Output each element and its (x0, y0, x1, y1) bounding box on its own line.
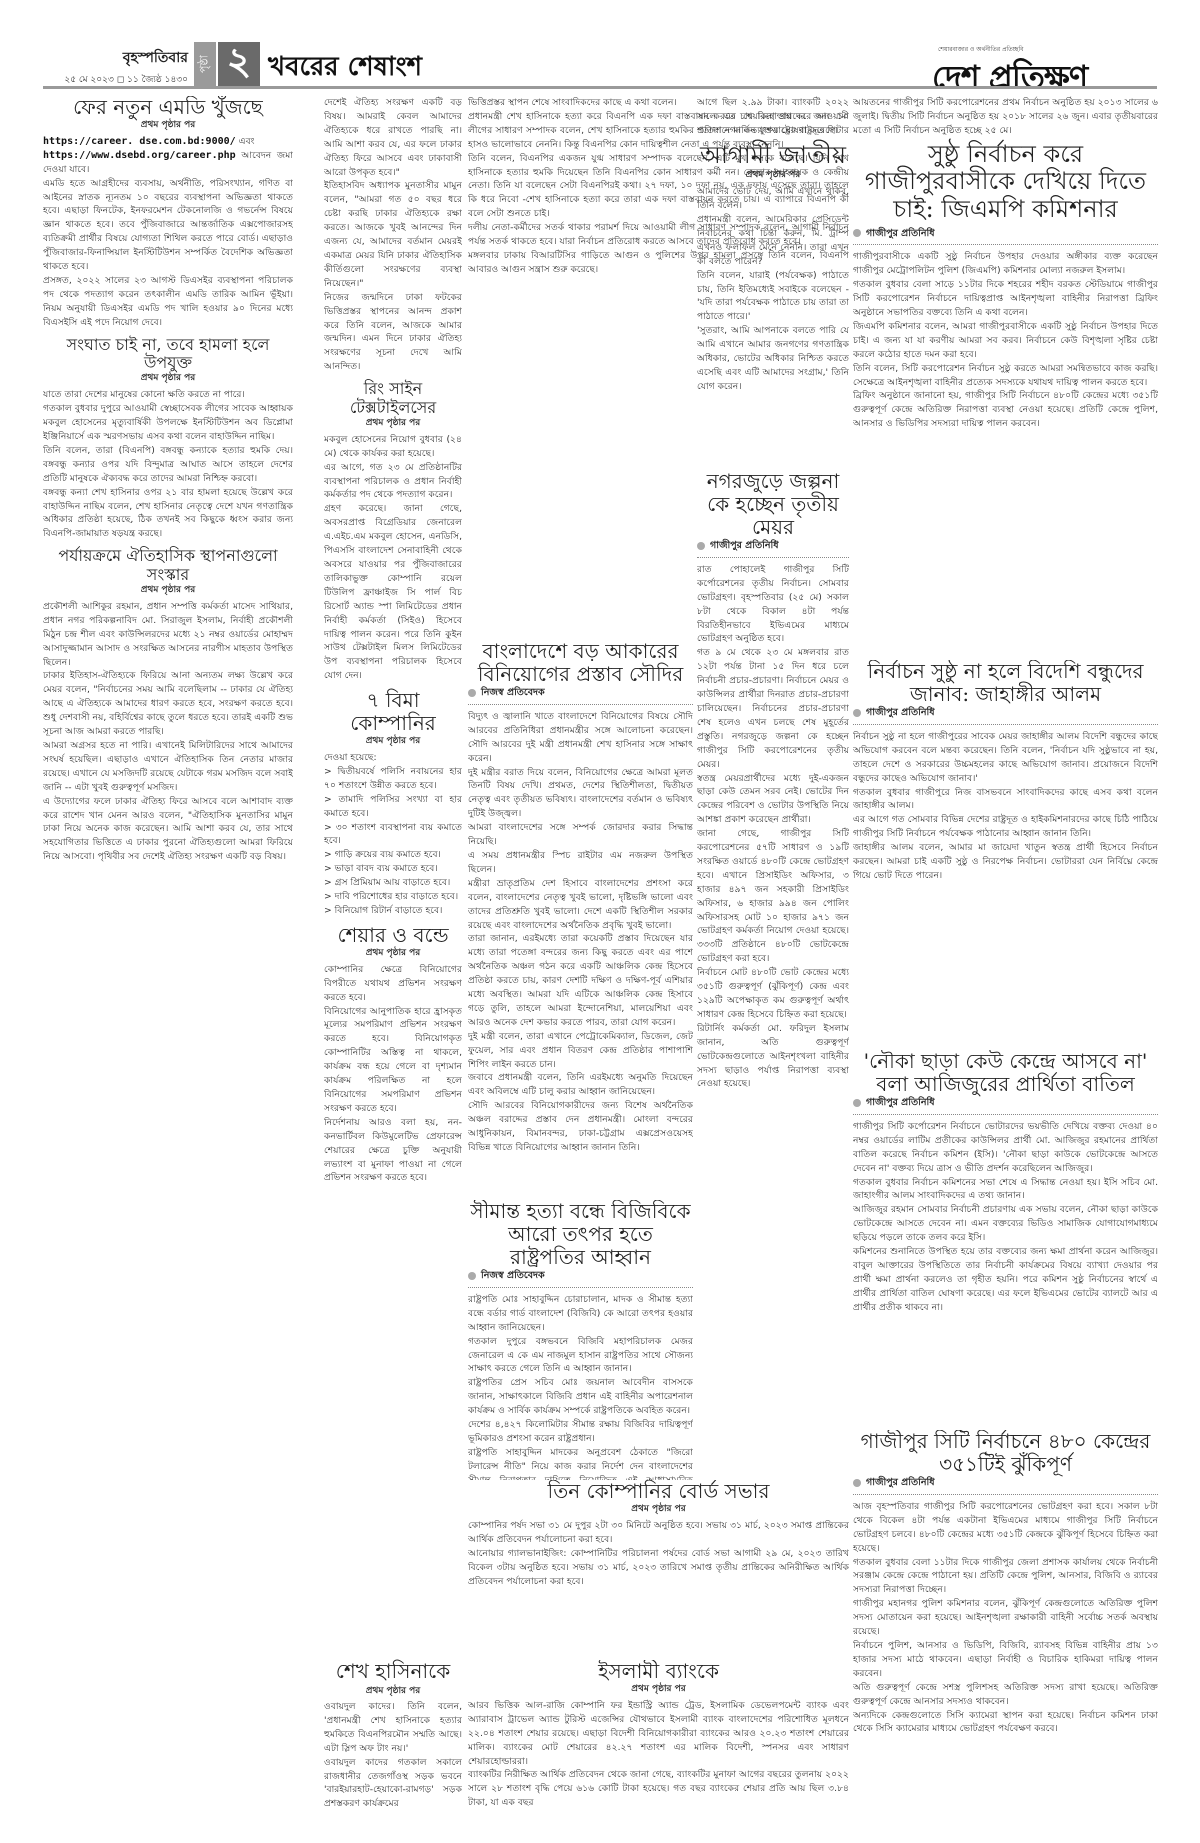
continuation-label: প্রথম পৃষ্ঠার পর (43, 584, 293, 598)
headline: বাংলাদেশে বড় আকারের বিনিয়োগের প্রস্তাব… (468, 640, 693, 686)
bullet-icon (853, 1099, 861, 1107)
article-board: তিন কোম্পানির বোর্ড সভার প্রথম পৃষ্ঠার প… (468, 1480, 849, 1680)
byline: গাজীপুর প্রতিনিধি (697, 539, 849, 558)
paragraph: সৌদি আরবের বিনিয়োগকারীদের জন্য বিশেষ অর… (468, 1099, 693, 1155)
paragraph: মন্ত্রীরা ভ্রাতৃপ্রতিম দেশ হিসাবে বাংলাদ… (468, 877, 693, 933)
byline: গাজীপুর প্রতিনিধি (853, 1096, 1158, 1115)
byline: গাজীপুর প্রতিনিধি (853, 1476, 1158, 1495)
paragraph: গতকাল বুধবার বেলা ১১টার দিকে গাজীপুর জেল… (853, 1556, 1158, 1598)
headline: সুষ্ঠু নির্বাচন করে গাজীপুরবাসীকে দেখিয়… (853, 141, 1158, 224)
paragraph: গ্রহণ করেছে। জানা গেছে, অবসরপ্রাপ্ত বিগ্… (324, 502, 462, 683)
paragraph: প্রধানমন্ত্রী বলেন, আমেরিকার প্রেসিডেন্ট… (697, 213, 849, 269)
article-bgb: সীমান্ত হত্যা বন্ধে বিজিবিকে আরো তৎপর হত… (468, 1200, 693, 1480)
publication-day: বৃহস্পতিবার (64, 46, 188, 70)
headline: গাজীপুর সিটি নির্বাচনে ৪৮০ কেন্দ্রের ৩৫১… (853, 1430, 1158, 1476)
paragraph: মকবুল হোসেনের নিয়োগ বুধবার (২৪ মে) থেকে… (324, 433, 462, 461)
article-risky: গাজীপুর সিটি নির্বাচনে ৪৮০ কেন্দ্রের ৩৫১… (853, 1430, 1158, 1843)
paragraph: আমরা বাংলাদেশের সঙ্গে সম্পর্ক জোরদার করা… (468, 821, 693, 849)
paragraph: তারা জানান, এরইমধ্যে তারা কয়েকটি প্রস্ত… (468, 932, 693, 1029)
paragraph: আজ বৃহস্পতিবার গাজীপুর সিটি করপোরেশনের ভ… (853, 1500, 1158, 1556)
paragraph: নির্দেশনায় আরও বলা হয়, নন-কনভার্টিবল ক… (324, 1116, 462, 1186)
paragraph: এ উদ্যোগের ফলে ঢাকার ঐতিহ্য ফিরে আসবে বল… (43, 795, 293, 865)
text: এবং (239, 136, 255, 147)
continuation-label: প্রথম পৃষ্ঠার পর (324, 735, 462, 749)
headline: নগরজুড়ে জল্পনা কে হচ্ছেন তৃতীয় মেয়র (697, 470, 849, 539)
byline-text: গাজীপুর প্রতিনিধি (866, 1476, 935, 1490)
paragraph: গাজীপুরবাসীকে একটি সুষ্ঠু নির্বাচন উপহার… (853, 250, 1158, 278)
paragraph: 'সুতরাং, আমি আপনাকে বলতে পারি যে আমি এখা… (697, 324, 849, 394)
list-item: > তামাদি পলিসির সংখ্যা বা হার কমাতে হবে। (324, 793, 462, 821)
paragraph: আমাদের ভোট দেয়, আমি এখানে থাকব, তিনি বল… (697, 185, 849, 213)
continuation-label: প্রথম পৃষ্ঠার পর (43, 372, 293, 386)
article-heritage: পর্যায়ক্রমে ঐতিহাসিক স্থাপনাগুলো সংস্কা… (43, 547, 293, 864)
paragraph: এর আগে, গত ২৩ মে প্রতিষ্ঠানটির ব্যবস্থাপ… (324, 461, 462, 503)
paragraph: যাতে তারা দেশের মানুষের কোনো ক্ষতি করতে … (43, 388, 293, 402)
continuation-label: প্রথম পৃষ্ঠার পর (468, 1503, 849, 1517)
header-rule (43, 86, 1157, 89)
masthead: বৃহস্পতিবার ২৫ মে ২০২৩ ◻ ১১ জ্যৈষ্ঠ ১৪৩০… (0, 0, 1200, 86)
paragraph: তিনি বলেন, তারা (বিএনপি) বঙ্গবন্ধু কন্যা… (43, 444, 293, 486)
paragraph: জিএমপি কমিশনার বলেন, আমরা গাজীপুরবাসীকে … (853, 320, 1158, 362)
paragraph: গতকাল বুধবার বেলা সাড়ে ১১টার দিকে শহরের… (853, 278, 1158, 320)
paragraph: গতকাল দুপুরে বঙ্গভবনে বিজিবি মহাপরিচালক … (468, 1335, 693, 1377)
paragraph: কোম্পানির ক্ষেত্রে বিনিয়োগের বিপরীতে যথ… (324, 963, 462, 1005)
bullet-icon (853, 229, 861, 237)
paragraph: ব্রিফিং অনুষ্ঠানে জানানো হয়, গাজীপুর সি… (853, 389, 1158, 426)
headline: নির্বাচন সুষ্ঠু না হলে বিদেশি বন্ধুদের জ… (853, 660, 1158, 706)
article-jahangir: নির্বাচন সুষ্ঠু না হলে বিদেশি বন্ধুদের জ… (853, 660, 1158, 1050)
bullet-icon (853, 709, 861, 717)
list-item: > দ্বিতীয়বর্ষে পলিসি নবায়নের হার ৭০ শত… (324, 765, 462, 793)
headline: রিং সাইন টেক্সটাইলসের (324, 380, 462, 417)
headline: সীমান্ত হত্যা বন্ধে বিজিবিকে আরো তৎপর হত… (468, 1200, 693, 1269)
byline-text: গাজীপুর প্রতিনিধি (866, 706, 935, 720)
paragraph: কোম্পানির পর্ষদ সভা ৩১ মে দুপুর ২টা ৩০ ম… (468, 1519, 849, 1547)
article-md: ফের নতুন এমডি খুঁজছে প্রথম পৃষ্ঠার পর ht… (43, 96, 293, 330)
headline: শেখ হাসিনাকে (324, 1660, 462, 1683)
paragraph: গাজীপুর মহানগর পুলিশ কমিশনার বলেন, ঝুঁকি… (853, 1597, 1158, 1639)
page-label: পৃষ্ঠা (194, 42, 216, 86)
list-item: > বিনিয়োগ রিটার্ন বাড়াতে হবে। (324, 904, 462, 918)
paragraph: নির্বাচন সুষ্ঠু না হলে গাজীপুরের সাবেক ম… (853, 730, 1158, 786)
paragraph: তিনি বলেন, যারাই (পর্যবেক্ষক) পাঠাতে চায… (697, 269, 849, 325)
paragraph: অতি গুরুত্বপূর্ণ কেন্দ্রে সশস্ত্র পুলিশস… (853, 1681, 1158, 1709)
paragraph: রিটার্নিং কর্মকর্তা মো. ফরিদুল ইসলাম জান… (697, 1022, 849, 1092)
paragraph: রাষ্ট্রপতির প্রেস সচিব মোঃ জয়নাল আবেদীন… (468, 1376, 693, 1418)
paragraph: এর আগে গত সোমবার বিভিন্ন দেশের রাষ্ট্রদূ… (853, 813, 1158, 841)
paragraph: গতকাল বুধবার গাজীপুরে নিজ বাসভবনে সাংবাদ… (853, 786, 1158, 814)
paragraph: ঢাকার ইতিহাস-ঐতিহ্যকে ফিরিয়ে আনা অন্যতম… (43, 669, 293, 739)
paragraph: ওবায়দুল কাদের। তিনি বলেন, 'প্রধানমন্ত্র… (324, 1700, 462, 1756)
list-item: > গাড়ি ক্রয়ের ব্যয় কমাতে হবে। (324, 848, 462, 862)
byline-text: গাজীপুর প্রতিনিধি (710, 539, 779, 553)
paragraph: প্রকৌশলী আশিকুর রহমান, প্রধান সম্পত্তি ক… (43, 600, 293, 670)
headline: শেয়ার ও বন্ডে (324, 924, 462, 947)
continuation-label: প্রথম পৃষ্ঠার পর (324, 417, 462, 431)
date-block: বৃহস্পতিবার ২৫ মে ২০২৩ ◻ ১১ জ্যৈষ্ঠ ১৪৩০ (64, 46, 188, 87)
headline: পর্যায়ক্রমে ঐতিহাসিক স্থাপনাগুলো সংস্কা… (43, 547, 293, 584)
headline: ফের নতুন এমডি খুঁজছে (43, 96, 293, 119)
paragraph: নির্বাচনে মোট ৪৮০টি ভোট কেন্দ্রের মধ্যে … (697, 966, 849, 1022)
section-title: খবরের শেষাংশ (268, 46, 422, 90)
byline: নিজস্ব প্রতিবেদক (468, 1269, 693, 1288)
list-item: > ৩০ শতাংশ ব্যবস্থাপনা ব্যয় কমাতে হবে। (324, 821, 462, 849)
article-mayor: নগরজুড়ে জল্পনা কে হচ্ছেন তৃতীয় মেয়র গ… (697, 470, 849, 1480)
byline: গাজীপুর প্রতিনিধি (853, 706, 1158, 725)
paragraph: প্রসঙ্গত, ২০২২ সালের ২৩ আগস্ট ডিএসইর ব্য… (43, 274, 293, 330)
paragraph: দেশেই ঐতিহ্য সংরক্ষণ একটি বড় বিষয়। আমর… (324, 96, 462, 179)
paragraph: আগে ছিল ২.৯৯ টাকা। ব্যাংকটি ২০২২ সালে এর… (697, 96, 849, 138)
byline-text: গাজীপুর প্রতিনিধি (866, 227, 935, 241)
column-2: দেশেই ঐতিহ্য সংরক্ষণ একটি বড় বিষয়। আমর… (324, 96, 462, 1836)
paragraph: আনোয়ার গ্যালভানাইজিং: কোম্পানিটির পরিচা… (468, 1547, 849, 1589)
bullet-icon (468, 1272, 476, 1280)
continuation-label: প্রথম পৃষ্ঠার পর (324, 947, 462, 961)
headline: আগামী জাতীয় (697, 142, 849, 170)
article-shares: শেয়ার ও বন্ডে প্রথম পৃষ্ঠার পর কোম্পানি… (324, 924, 462, 1185)
paragraph: নিজের জন্মদিনে ঢাকা ফটকের ভিত্তিপ্রস্তর … (324, 291, 462, 374)
paragraph: আজিজুর রহমান সোমবার নির্বাচনী প্রচারণায়… (853, 1203, 1158, 1245)
paragraph: দেওয়া হয়েছে: (324, 751, 462, 765)
article-national: আগামী জাতীয় প্রথম পৃষ্ঠার পর আমাদের ভোট… (697, 142, 849, 394)
byline: গাজীপুর প্রতিনিধি (853, 227, 1158, 246)
paragraph: গত ৯ মে থেকে ২৩ মে মঙ্গলবার রাত ১২টা পর্… (697, 646, 849, 771)
continuation-label: প্রথম পৃষ্ঠার পর (468, 1683, 849, 1697)
publication-date: ২৫ মে ২০২৩ ◻ ১১ জ্যৈষ্ঠ ১৪৩০ (64, 72, 188, 87)
paragraph: ইতিহাসবিদ অধ্যাপক মুনতাসীর মামুন বলেন, "… (324, 179, 462, 290)
article-insurance: ৭ বিমা কোম্পানির প্রথম পৃষ্ঠার পর দেওয়া… (324, 689, 462, 918)
headline: তিন কোম্পানির বোর্ড সভার (468, 1480, 849, 1503)
lead-paragraph: আয়তনের গাজীপুর সিটি করপোরেশনের প্রথম নি… (853, 96, 1158, 138)
paragraph: রাষ্ট্রপতি মোঃ সাহাবুদ্দিন চোরাচালান, মা… (468, 1293, 693, 1335)
paragraph: গতকাল বুধবার দুপুরে আওয়ামী স্বেচ্ছাসেবক… (43, 402, 293, 444)
article-sheikh: শেখ হাসিনাকে প্রথম পৃষ্ঠার পর ওবায়দুল ক… (324, 1660, 462, 1843)
continuation-label: প্রথম পৃষ্ঠার পর (324, 1683, 462, 1698)
headline: 'নৌকা ছাড়া কেউ কেন্দ্রে আসবে না' বলা আজ… (853, 1050, 1158, 1096)
article-heritage-cont: দেশেই ঐতিহ্য সংরক্ষণ একটি বড় বিষয়। আমর… (324, 96, 462, 374)
column-1: ফের নতুন এমডি খুঁজছে প্রথম পৃষ্ঠার পর ht… (43, 96, 293, 1836)
paragraph: গাজীপুর সিটি কর্পোরেশন নির্বাচনে ভোটারদে… (853, 1120, 1158, 1176)
byline: নিজস্ব প্রতিবেদক (468, 686, 693, 705)
list-item: > দাবি পরিশোধের হার বাড়াতে হবে। (324, 890, 462, 904)
continuation-label: প্রথম পৃষ্ঠার পর (43, 119, 293, 133)
paragraph: ওবায়দুল কাদের গতকাল সকালে রাজধানীর তেজগ… (324, 1756, 462, 1812)
paragraph: জবাবে প্রধানমন্ত্রী বলেন, তিনি এরইমধ্যে … (468, 1071, 693, 1099)
paragraph: অন্যদিকে কেন্দ্রগুলোতে সিসি ক্যামেরা স্থ… (853, 1709, 1158, 1737)
paragraph: দুই মন্ত্রী বলেন, তারা এখানে পেট্রোকেমিক… (468, 1030, 693, 1072)
headline: ৭ বিমা কোম্পানির (324, 689, 462, 735)
list-item: > গ্রস প্রিমিয়াম আয় বাড়াতে হবে। (324, 876, 462, 890)
byline-text: নিজস্ব প্রতিবেদক (481, 686, 545, 700)
paragraph: বঙ্গবন্ধু কন্যা শেখ হাসিনার ওপর ২১ বার হ… (43, 486, 293, 542)
byline-text: গাজীপুর প্রতিনিধি (866, 1096, 935, 1110)
paragraph: তিনি বলেন, সিটি করপোরেশন নির্বাচন সুষ্ঠু… (853, 362, 1158, 390)
paragraph: এ সময় প্রধানমন্ত্রীর স্পিচ রাইটার এম নজ… (468, 849, 693, 877)
career-link-dse[interactable]: https://career. dse.com.bd:9000/ (43, 136, 236, 147)
article-ringshine: রিং সাইন টেক্সটাইলসের প্রথম পৃষ্ঠার পর ম… (324, 380, 462, 683)
continuation-label: প্রথম পৃষ্ঠার পর (697, 169, 849, 183)
headline: সংঘাত চাই না, তবে হামলা হলে উপযুক্ত (43, 336, 293, 373)
paragraph: কমিশনের শুনানিতে উপস্থিত হয়ে তার বক্তব্… (853, 1245, 1158, 1315)
byline-text: নিজস্ব প্রতিবেদক (481, 1269, 545, 1283)
paragraph: জাহাঙ্গীর আলম বলেন, আমার মা জায়েদা খাতু… (853, 841, 1158, 883)
paragraph: দুই মন্ত্রীর বরাত দিয়ে বলেন, বিনিয়োগের… (468, 766, 693, 822)
article-gmp: আয়তনের গাজীপুর সিটি করপোরেশনের প্রথম নি… (853, 96, 1158, 426)
paragraph: রাষ্ট্রপতি সাহাবুদ্দিন মাদকের অনুপ্রবেশ … (468, 1446, 693, 1480)
bullet-icon (468, 689, 476, 697)
bullet-icon (697, 542, 705, 550)
bullet-icon (853, 1479, 861, 1487)
paragraph: বিনিয়োগের আনুপাতিক হারে হ্রাসকৃত মূল্যে… (324, 1005, 462, 1116)
article-saudi: বাংলাদেশে বড় আকারের বিনিয়োগের প্রস্তাব… (468, 640, 693, 1200)
article-clash: সংঘাত চাই না, তবে হামলা হলে উপযুক্ত প্রথ… (43, 336, 293, 542)
paragraph: বিদ্যুৎ ও জ্বালানি খাতে বাংলাদেশে বিনিয়… (468, 710, 693, 766)
paragraph: জানা গেছে, গাজীপুর সিটি করপোরেশনের ৫৭টি … (697, 827, 849, 966)
list-item: > ভাড়া বাবদ ব্যয় কমাতে হবে। (324, 862, 462, 876)
paragraph: গতকাল বুধবার নির্বাচন কমিশনের সভা শেষে এ… (853, 1176, 1158, 1204)
headline: ইসলামী ব্যাংকে (468, 1660, 849, 1683)
paragraph: দেশের ৪,৪২৭ কিলোমিটার সীমান্ত রক্ষায় বি… (468, 1418, 693, 1446)
page-number: ২ (218, 42, 260, 86)
paragraph: নির্বাচনে পুলিশ, আনসার ও ভিডিপি, বিজিবি,… (853, 1639, 1158, 1681)
paragraph: এমডি হতে আগ্রহীদের ব্যবসায়, অর্থনীতি, প… (43, 177, 293, 274)
paragraph: আরব ভিত্তিক আল-রাজি কোম্পানি ফর ইন্ডাস্ট… (468, 1699, 849, 1769)
paragraph: ব্যাংকটির নিরীক্ষিত আর্থিক প্রতিবেদন থেক… (468, 1768, 849, 1810)
article-islami: ইসলামী ব্যাংকে প্রথম পৃষ্ঠার পর আরব ভিত্… (468, 1660, 849, 1843)
paragraph: স্বতন্ত্র মেয়রপ্রার্থীদের মধ্যে দুই-একজ… (697, 772, 849, 828)
paragraph: রাত পোহালেই গাজীপুর সিটি কর্পোরেশনের তৃত… (697, 563, 849, 646)
paragraph: আমরা অগ্রসর হতে না পারি। এখানেই মিলিটারি… (43, 739, 293, 795)
article-azizur: 'নৌকা ছাড়া কেউ কেন্দ্রে আসবে না' বলা আজ… (853, 1050, 1158, 1430)
career-link-dsebd[interactable]: https://www.dsebd.org/career.php (43, 150, 236, 161)
